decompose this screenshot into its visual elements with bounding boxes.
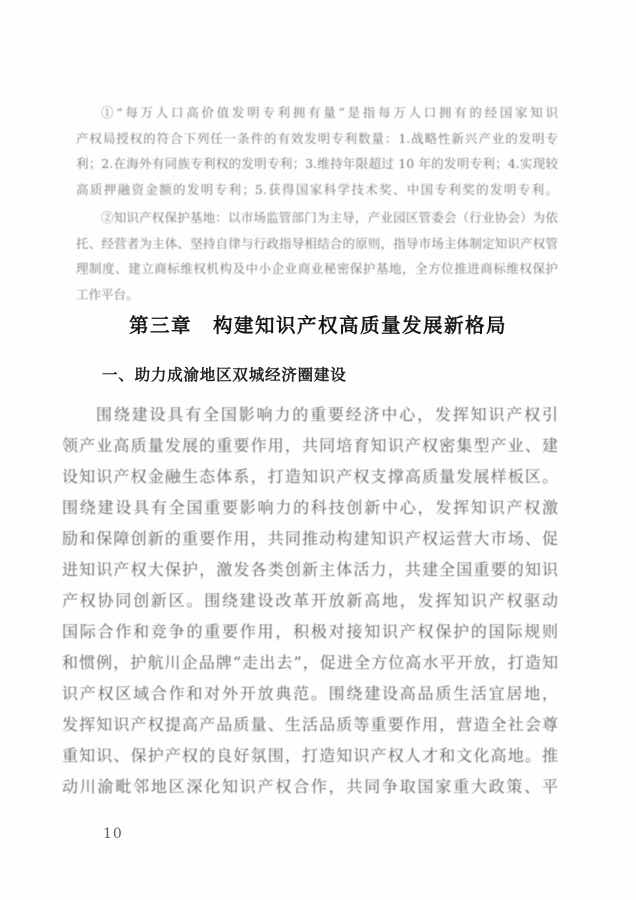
body-line: 励和保障创新的重要作用，共同推动构建知识产权运营大市场、促	[62, 523, 558, 554]
footnote-2-line: 工作平台。	[76, 282, 558, 308]
body-line: 重知识、保护产权的良好氛围，打造知识产权人才和文化高地。推	[62, 740, 558, 771]
body-line: 和惯例，护航川企品牌“走出去”，促进全方位高水平开放，打造知	[62, 647, 558, 678]
section-heading: 一、助力成渝地区双城经济圈建设	[102, 363, 347, 385]
body-line: 进知识产权大保护，激发各类创新主体活力，共建全国重要的知识	[62, 554, 558, 585]
footnote-2-line: 理制度、建立商标维权机构及中小企业商业秘密保护基地，全方位推进商标维权保护	[76, 256, 558, 282]
footnote-2-line: 托、经营者为主体、坚持自律与行政指导相结合的原则，指导市场主体制定知识产权管	[76, 231, 558, 257]
document-page: ①“每万人口高价值发明专利拥有量”是指每万人口拥有的经国家知识 产权局授权的符合…	[0, 0, 636, 900]
body-line: 识产权区域合作和对外开放典范。围绕建设高品质生活宜居地，	[62, 678, 558, 709]
body-line: 围绕建设具有全国影响力的重要经济中心，发挥知识产权引	[62, 399, 558, 430]
page-number: 10	[103, 826, 123, 842]
body-line: 发挥知识产权提高产品质量、生活品质等重要作用，营造全社会尊	[62, 709, 558, 740]
body-line: 领产业高质量发展的重要作用，共同培育知识产权密集型产业、建	[62, 430, 558, 461]
footnote-1-line: 利；2.在海外有同族专利权的发明专利；3.维持年限超过 10 年的发明专利；4.…	[76, 151, 558, 177]
chapter-heading: 第三章 构建知识产权高质量发展新格局	[0, 310, 636, 338]
footnote-2-line: ②知识产权保护基地：以市场监管部门为主导，产业园区管委会（行业协会）为依	[76, 205, 558, 231]
footnote-1-line: 高质押融资金额的发明专利；5.获得国家科学技术奖、中国专利奖的发明专利。	[76, 177, 558, 203]
footnotes-section: ①“每万人口高价值发明专利拥有量”是指每万人口拥有的经国家知识 产权局授权的符合…	[76, 100, 558, 307]
footnote-2: ②知识产权保护基地：以市场监管部门为主导，产业园区管委会（行业协会）为依 托、经…	[76, 205, 558, 307]
body-line: 产权协同创新区。围绕建设改革开放新高地，发挥知识产权驱动	[62, 585, 558, 616]
body-line: 国际合作和竞争的重要作用，积极对接知识产权保护的国际规则	[62, 616, 558, 647]
footnote-1-line: ①“每万人口高价值发明专利拥有量”是指每万人口拥有的经国家知识	[76, 100, 558, 126]
body-line: 设知识产权金融生态体系，打造知识产权支撑高质量发展样板区。	[62, 461, 558, 492]
body-line: 动川渝毗邻地区深化知识产权合作，共同争取国家重大政策、平	[62, 771, 558, 802]
footnote-1-line: 产权局授权的符合下列任一条件的有效发明专利数量：1.战略性新兴产业的发明专	[76, 126, 558, 152]
body-line: 围绕建设具有全国重要影响力的科技创新中心，发挥知识产权激	[62, 492, 558, 523]
body-paragraph: 围绕建设具有全国影响力的重要经济中心，发挥知识产权引 领产业高质量发展的重要作用…	[62, 399, 558, 802]
footnote-1: ①“每万人口高价值发明专利拥有量”是指每万人口拥有的经国家知识 产权局授权的符合…	[76, 100, 558, 202]
